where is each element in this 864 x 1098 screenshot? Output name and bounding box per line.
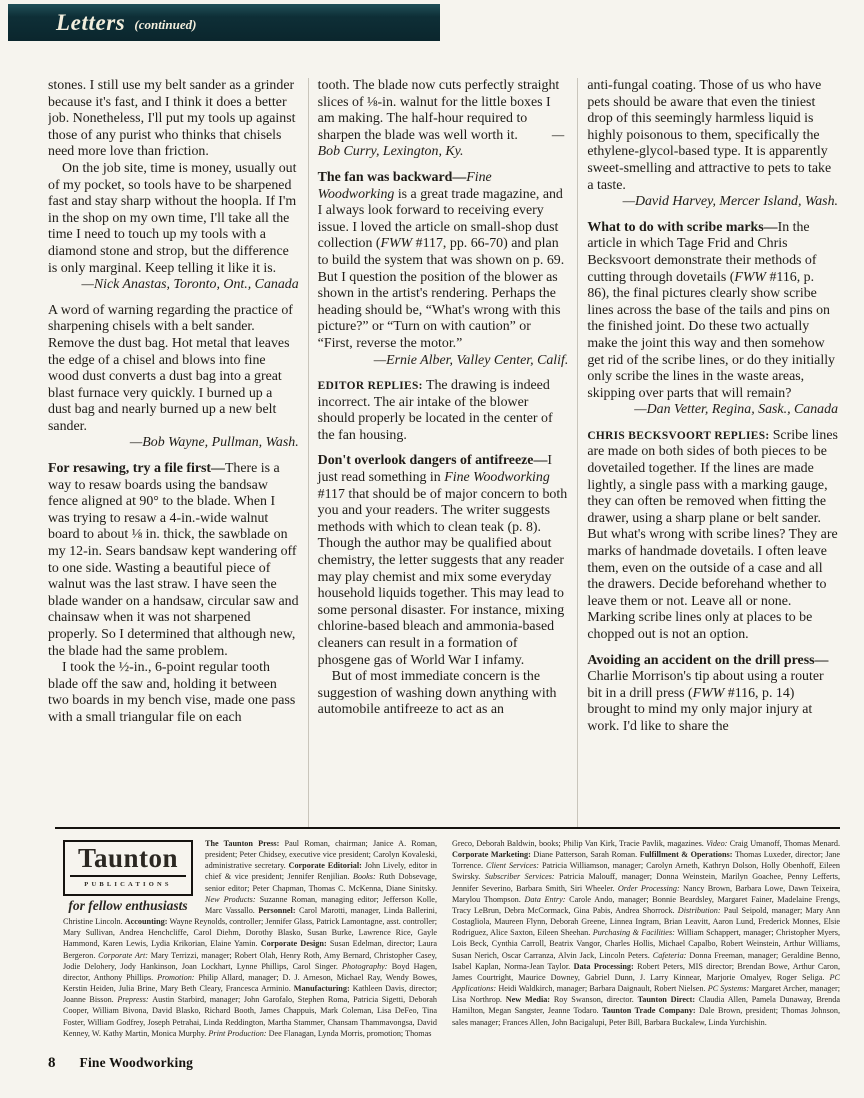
letter-paragraph: The fan was backward—Fine Woodworking is…: [318, 170, 569, 353]
text-segment: PC Systems:: [708, 984, 752, 993]
letter-paragraph: stones. I still use my belt sander as a …: [48, 78, 299, 161]
text-segment: Data Processing:: [574, 962, 638, 971]
text-segment: #117, pp. 66-70) and plan to build the s…: [318, 236, 565, 351]
text-segment: Heidi Waldkirch, manager; Barbara Daigna…: [498, 984, 707, 993]
text-segment: The fan was backward—: [318, 170, 467, 185]
text-segment: Taunton Trade Company:: [602, 1006, 699, 1015]
text-segment: FWW: [693, 686, 725, 701]
text-segment: FWW: [381, 236, 413, 251]
text-segment: Data Entry:: [525, 895, 570, 904]
text-segment: Don't overlook dangers of antifreeze—: [318, 453, 548, 468]
letter-paragraph: anti-fungal coating. Those of us who hav…: [587, 78, 838, 194]
text-segment: But of most immediate concern is the sug…: [318, 669, 557, 717]
text-segment: #117 that should be of major concern to …: [318, 487, 567, 668]
text-segment: Scribe lines are made on both sides of b…: [587, 428, 838, 642]
letter-signature: —Ernie Alber, Valley Center, Calif.: [318, 353, 569, 370]
letter-paragraph: tooth. The blade now cuts perfectly stra…: [318, 78, 569, 161]
letters-columns: stones. I still use my belt sander as a …: [48, 78, 838, 828]
letters-header-banner: Letters (continued): [8, 4, 440, 41]
text-segment: anti-fungal coating. Those of us who hav…: [587, 78, 831, 193]
text-segment: I took the ½-in., 6-point regular tooth …: [48, 660, 295, 725]
text-segment: The Taunton Press:: [205, 839, 285, 848]
text-segment: Fulfillment & Operations:: [640, 850, 735, 859]
text-segment: Purchasing & Facilities:: [593, 928, 678, 937]
text-segment: Corporate Editorial:: [289, 861, 365, 870]
letter-paragraph: What to do with scribe marks—In the arti…: [587, 220, 838, 403]
text-segment: Diane Patterson, Sarah Roman.: [533, 850, 639, 859]
letter-paragraph: CHRIS BECKSVOORT REPLIES: Scribe lines a…: [587, 428, 838, 644]
text-segment: Corporate Art:: [98, 951, 151, 960]
text-segment: New Products:: [205, 895, 260, 904]
text-segment: Cafeteria:: [653, 951, 690, 960]
letter-paragraph: On the job site, time is money, usually …: [48, 161, 299, 277]
letter-paragraph: EDITOR REPLIES: The drawing is indeed in…: [318, 378, 569, 444]
column-divider: [577, 78, 578, 828]
taunton-logo-name: Taunton: [70, 845, 186, 872]
letter-signature: —David Harvey, Mercer Island, Wash.: [587, 194, 838, 211]
text-segment: —Bob Wayne, Pullman, Wash.: [130, 435, 299, 450]
text-segment: FWW: [734, 270, 766, 285]
text-segment: Print Production:: [208, 1029, 268, 1038]
text-segment: Video:: [706, 839, 730, 848]
text-segment: Roy Swanson, director.: [554, 995, 638, 1004]
text-segment: Corporate Design:: [261, 939, 330, 948]
letter-signature: —Nick Anastas, Toronto, Ont., Canada: [48, 277, 299, 294]
page-number: 8: [48, 1055, 56, 1072]
text-segment: Personnel:: [258, 906, 299, 915]
text-segment: Craig Umanoff, Thomas Menard.: [730, 839, 840, 848]
text-segment: Photography:: [342, 962, 392, 971]
text-segment: Subscriber Services:: [485, 872, 559, 881]
text-segment: Accounting:: [125, 917, 170, 926]
text-segment: Books:: [353, 872, 379, 881]
column-divider: [308, 78, 309, 828]
text-segment: Corporate Marketing:: [452, 850, 533, 859]
masthead: Taunton PUBLICATIONS for fellow enthusia…: [63, 838, 840, 1052]
text-segment: Fine Woodworking: [444, 470, 550, 485]
page-title: Letters: [56, 10, 125, 36]
letter-column-1: stones. I still use my belt sander as a …: [48, 78, 299, 828]
text-segment: —Ernie Alber, Valley Center, Calif.: [374, 353, 569, 368]
text-segment: On the job site, time is money, usually …: [48, 161, 296, 276]
text-segment: What to do with scribe marks—: [587, 220, 777, 235]
magazine-title: Fine Woodworking: [80, 1055, 194, 1071]
text-segment: For resawing, try a file first—: [48, 461, 225, 476]
text-segment: Manufacturing:: [294, 984, 353, 993]
masthead-right-column: Greco, Deborah Baldwin, books; Philip Va…: [452, 838, 840, 1052]
text-segment: #116, p. 86), the final pictures clearly…: [587, 270, 835, 401]
text-segment: Promotion:: [157, 973, 198, 982]
text-segment: tooth. The blade now cuts perfectly stra…: [318, 78, 560, 143]
text-segment: Avoiding an accident on the drill press—: [587, 653, 828, 668]
text-segment: stones. I still use my belt sander as a …: [48, 78, 296, 159]
letter-column-3: anti-fungal coating. Those of us who hav…: [587, 78, 838, 828]
taunton-logo-publications: PUBLICATIONS: [70, 875, 186, 890]
text-segment: There is a way to resaw boards using the…: [48, 461, 299, 659]
text-segment: —Dan Vetter, Regina, Sask., Canada: [634, 402, 838, 417]
taunton-logo-tagline: for fellow enthusiasts: [63, 900, 193, 911]
masthead-left-column: Taunton PUBLICATIONS for fellow enthusia…: [63, 838, 437, 1052]
taunton-logo-box: Taunton PUBLICATIONS: [63, 840, 193, 896]
text-segment: CHRIS BECKSVOORT REPLIES:: [587, 430, 772, 442]
text-segment: Dee Flanagan, Lynda Morris, promotion; T…: [269, 1029, 432, 1038]
magazine-page: Letters (continued) stones. I still use …: [0, 0, 864, 1098]
letter-paragraph: Don't overlook dangers of antifreeze—I j…: [318, 453, 569, 669]
letter-paragraph: But of most immediate concern is the sug…: [318, 669, 569, 719]
text-segment: Greco, Deborah Baldwin, books; Philip Va…: [452, 839, 706, 848]
letter-paragraph: Avoiding an accident on the drill press—…: [587, 653, 838, 736]
text-segment: Prepress:: [117, 995, 152, 1004]
taunton-logo: Taunton PUBLICATIONS for fellow enthusia…: [63, 840, 193, 911]
text-segment: —David Harvey, Mercer Island, Wash.: [623, 194, 838, 209]
text-segment: —Nick Anastas, Toronto, Ont., Canada: [82, 277, 299, 292]
letter-column-2: tooth. The blade now cuts perfectly stra…: [318, 78, 569, 828]
text-segment: A word of warning regarding the practice…: [48, 303, 293, 434]
letter-signature: —Dan Vetter, Regina, Sask., Canada: [587, 402, 838, 419]
text-segment: Order Processing:: [618, 884, 683, 893]
letter-paragraph: For resawing, try a file first—There is …: [48, 461, 299, 660]
text-segment: EDITOR REPLIES:: [318, 380, 426, 392]
text-segment: Distribution:: [678, 906, 724, 915]
letter-signature: —Bob Wayne, Pullman, Wash.: [48, 435, 299, 452]
page-subtitle: (continued): [134, 17, 196, 33]
text-segment: Taunton Direct:: [638, 995, 699, 1004]
page-footer: 8 Fine Woodworking: [48, 1055, 193, 1072]
text-segment: Client Services:: [486, 861, 542, 870]
text-segment: New Media:: [506, 995, 554, 1004]
letter-paragraph: A word of warning regarding the practice…: [48, 303, 299, 436]
letter-paragraph: I took the ½-in., 6-point regular tooth …: [48, 660, 299, 726]
masthead-divider-rule: [55, 827, 840, 829]
